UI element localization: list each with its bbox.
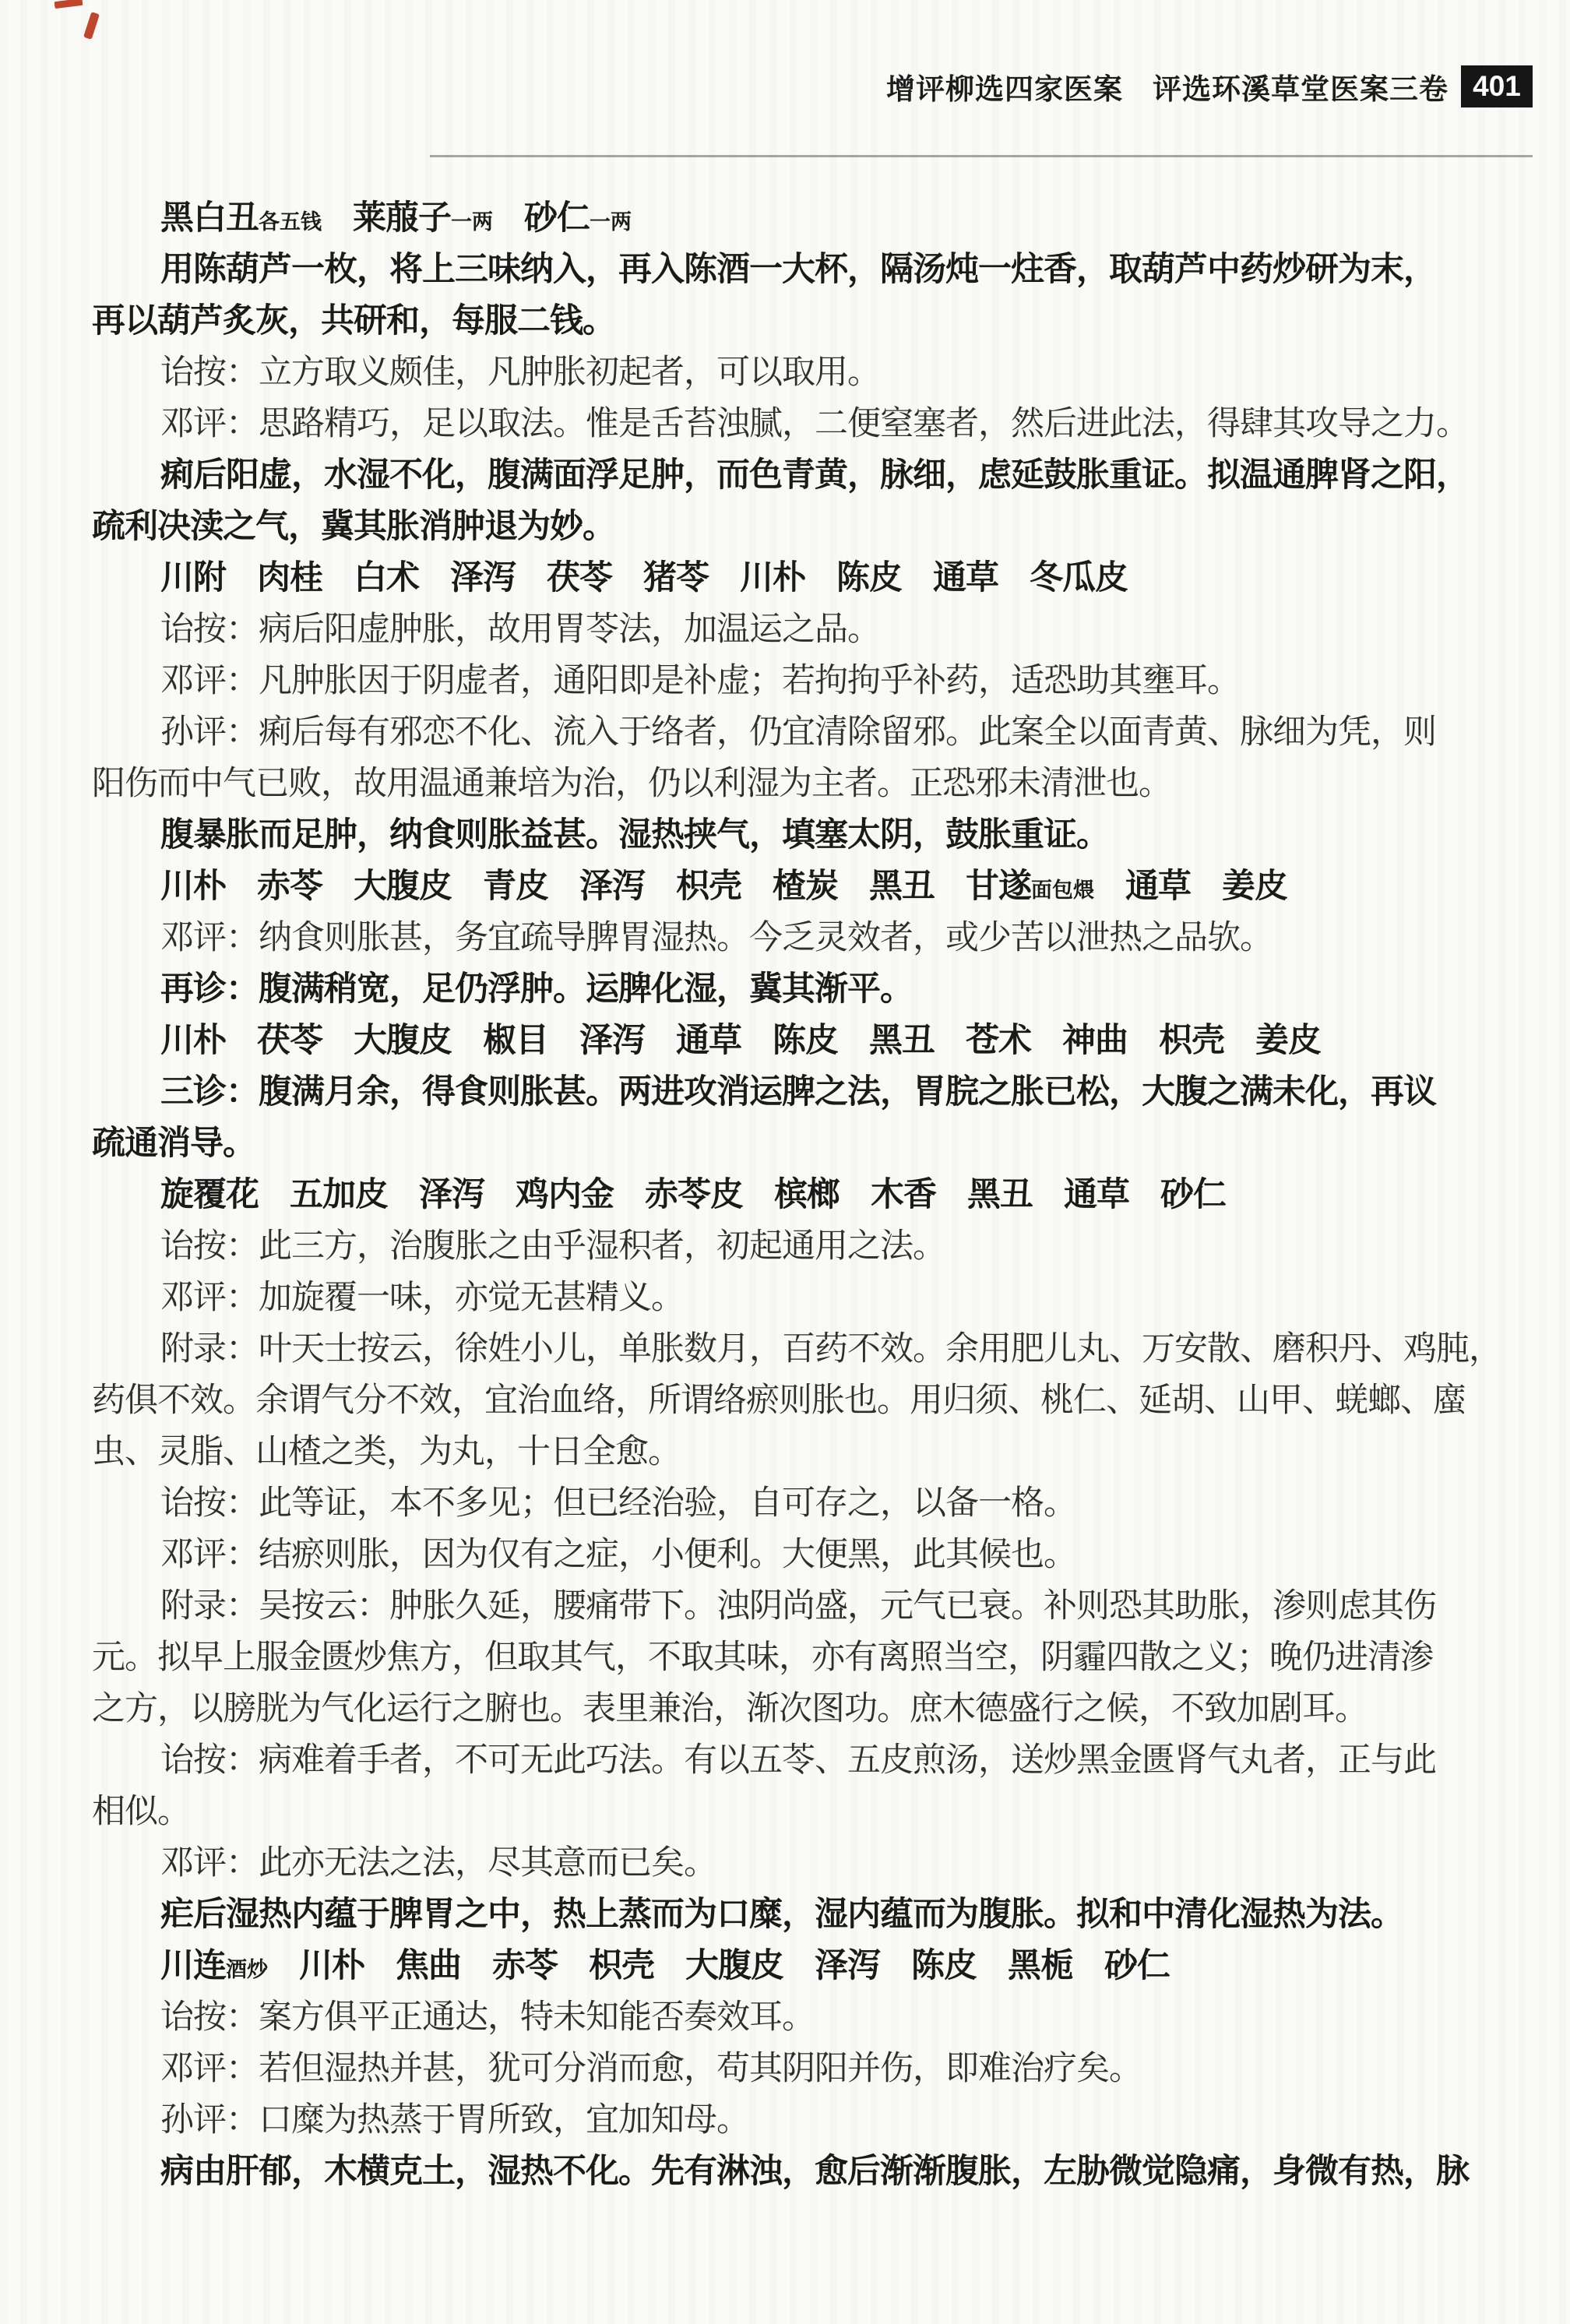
- text-segment: 砂仁: [1104, 1948, 1170, 1984]
- text-segment: 邓评：加旋覆一味，亦觉无甚精义。: [160, 1280, 684, 1316]
- book-page: 增评柳选四家医案 评选环溪草堂医案三卷 401 黑白丑各五钱莱菔子一两砂仁一两用…: [0, 0, 1570, 2324]
- text-segment: 川连: [160, 1948, 226, 1984]
- text-segment: 焦曲: [396, 1948, 461, 1984]
- text-segment: 椒目: [483, 1023, 548, 1059]
- text-segment: 用陈葫芦一枚，将上三味纳入，再入陈酒一大杯，隔汤炖一炷香，取葫芦中药炒研为末，: [160, 252, 1436, 288]
- text-segment: 鸡内金: [516, 1177, 614, 1213]
- text-segment: 川附: [160, 560, 226, 597]
- text-line: 再以葫芦炙灰，共研和，每服二钱。: [92, 296, 1533, 347]
- text-line: 邓评：此亦无法之法，尽其意而已矣。: [92, 1838, 1533, 1889]
- text-segment: 再诊：腹满稍宽，足仍浮肿。运脾化湿，冀其渐平。: [160, 971, 913, 1008]
- text-segment: 诒按：病难着手者，不可无此巧法。有以五苓、五皮煎汤，送炒黑金匮肾气丸者，正与此: [160, 1742, 1436, 1779]
- text-segment: 陈皮: [773, 1023, 838, 1059]
- text-segment: 枳壳: [1159, 1023, 1224, 1059]
- text-line: 诒按：此等证，本不多见；但已经治验，自可存之，以备一格。: [92, 1478, 1533, 1530]
- text-line: 诒按：病难着手者，不可无此巧法。有以五苓、五皮煎汤，送炒黑金匮肾气丸者，正与此: [92, 1735, 1533, 1787]
- text-line: 药俱不效。余谓气分不效，宜治血络，所谓络瘀则胀也。用归须、桃仁、延胡、山甲、蜣螂…: [92, 1375, 1533, 1427]
- text-line: 川朴茯苓大腹皮椒目泽泻通草陈皮黑丑苍术神曲枳壳姜皮: [92, 1016, 1533, 1067]
- text-segment: 黑丑: [869, 1023, 935, 1059]
- text-segment: 白术: [354, 560, 419, 597]
- text-segment: 孙评：口糜为热蒸于胃所致，宜加知母。: [160, 2102, 749, 2139]
- text-line: 虫、灵脂、山楂之类，为丸，十日全愈。: [92, 1427, 1533, 1478]
- text-line: 旋覆花五加皮泽泻鸡内金赤苓皮槟榔木香黑丑通草砂仁: [92, 1170, 1533, 1221]
- text-segment: 槟榔: [774, 1177, 840, 1213]
- text-segment: 诒按：立方取义颇佳，凡肿胀初起者，可以取用。: [160, 354, 880, 391]
- text-segment: 黑丑: [869, 868, 935, 905]
- text-line: 阳伤而中气已败，故用温通兼培为治，仍以利湿为主者。正恐邪未清泄也。: [92, 759, 1533, 810]
- text-segment: 疟后湿热内蕴于脾胃之中，热上蒸而为口糜，湿内蕴而为腹胀。拟和中清化湿热为法。: [160, 1896, 1403, 1933]
- text-segment: 枳壳: [589, 1948, 654, 1984]
- text-segment: 苍术: [966, 1023, 1031, 1059]
- text-segment: 赤苓: [492, 1948, 558, 1984]
- text-segment: 之方，以膀胱为气化运行之腑也。表里兼治，渐次图功。庶木德盛行之候，不致加剧耳。: [92, 1691, 1368, 1727]
- text-line: 川朴赤苓大腹皮青皮泽泻枳壳楂炭黑丑甘遂面包煨通草姜皮: [92, 861, 1533, 913]
- dosage-annotation: 面包煨: [1031, 879, 1094, 902]
- text-line: 疏利决渎之气，冀其胀消肿退为妙。: [92, 502, 1533, 553]
- text-line: 疏通消导。: [92, 1118, 1533, 1170]
- text-line: 邓评：思路精巧，足以取法。惟是舌苔浊腻，二便窒塞者，然后进此法，得肆其攻导之力。: [92, 399, 1533, 450]
- text-segment: 砂仁: [524, 200, 590, 237]
- dosage-annotation: 酒炒: [226, 1958, 268, 1981]
- dosage-annotation: 各五钱: [259, 210, 322, 234]
- text-line: 邓评：若但湿热并甚，犹可分消而愈，苟其阴阳并伤，即难治疗矣。: [92, 2044, 1533, 2095]
- red-scan-mark: [83, 12, 100, 40]
- text-segment: 陈皮: [911, 1948, 977, 1984]
- dosage-annotation: 一两: [451, 210, 493, 234]
- text-segment: 诒按：此三方，治腹胀之由乎湿积者，初起通用之法。: [160, 1228, 945, 1265]
- text-segment: 泽泻: [450, 560, 516, 597]
- text-segment: 姜皮: [1255, 1023, 1321, 1059]
- text-segment: 附录：吴按云：肿胀久延，腰痛带下。浊阴尚盛，元气已衰。补则恐其助胀，渗则虑其伤: [160, 1588, 1436, 1625]
- text-segment: 腹暴胀而足肿，纳食则胀益甚。湿热挟气，填塞太阴，鼓胀重证。: [160, 817, 1109, 854]
- text-segment: 川朴: [160, 868, 226, 905]
- text-segment: 痢后阳虚，水湿不化，腹满面浮足肿，而色青黄，脉细，虑延鼓胀重证。拟温通脾肾之阳，: [160, 457, 1469, 494]
- text-line: 诒按：案方俱平正通达，特未知能否奏效耳。: [92, 1992, 1533, 2044]
- page-header: 增评柳选四家医案 评选环溪草堂医案三卷 401: [886, 65, 1533, 107]
- text-segment: 疏利决渎之气，冀其胀消肿退为妙。: [92, 509, 615, 545]
- text-segment: 邓评：思路精巧，足以取法。惟是舌苔浊腻，二便窒塞者，然后进此法，得肆其攻导之力。: [160, 406, 1469, 442]
- text-segment: 大腹皮: [685, 1948, 783, 1984]
- text-line: 病由肝郁，木横克土，湿热不化。先有淋浊，愈后渐渐腹胀，左胁微觉隐痛，身微有热，脉: [92, 2146, 1533, 2198]
- text-segment: 三诊：腹满月余，得食则胀甚。两进攻消运脾之法，胃脘之胀已松，大腹之满未化，再议: [160, 1074, 1436, 1111]
- text-line: 用陈葫芦一枚，将上三味纳入，再入陈酒一大杯，隔汤炖一炷香，取葫芦中药炒研为末，: [92, 245, 1533, 296]
- text-segment: 旋覆花: [160, 1177, 259, 1213]
- text-segment: 邓评：凡肿胀因于阴虚者，通阳即是补虚；若拘拘乎补药，适恐助其壅耳。: [160, 663, 1240, 699]
- text-segment: 药俱不效。余谓气分不效，宜治血络，所谓络瘀则胀也。用归须、桃仁、延胡、山甲、蜣螂…: [92, 1382, 1466, 1419]
- text-line: 附录：叶天士按云，徐姓小儿，单胀数月，百药不效。余用肥儿丸、万安散、磨积丹、鸡肫…: [92, 1324, 1533, 1375]
- text-segment: 肉桂: [257, 560, 322, 597]
- text-segment: 通草: [1125, 868, 1191, 905]
- text-segment: 甘遂: [966, 868, 1031, 905]
- text-segment: 通草: [1064, 1177, 1129, 1213]
- text-segment: 木香: [871, 1177, 936, 1213]
- page-number-badge: 401: [1461, 65, 1533, 107]
- text-segment: 元。拟早上服金匮炒焦方，但取其气，不取其味，亦有离照当空，阴霾四散之义；晚仍进清…: [92, 1639, 1433, 1676]
- text-segment: 虫、灵脂、山楂之类，为丸，十日全愈。: [92, 1434, 681, 1470]
- text-segment: 疏通消导。: [92, 1125, 255, 1162]
- text-line: 川附肉桂白术泽泻茯苓猪苓川朴陈皮通草冬瓜皮: [92, 553, 1533, 604]
- text-segment: 枳壳: [676, 868, 741, 905]
- text-line: 邓评：结瘀则胀，因为仅有之症，小便利。大便黑，此其候也。: [92, 1530, 1533, 1581]
- text-line: 诒按：病后阳虚肿胀，故用胃苓法，加温运之品。: [92, 604, 1533, 656]
- text-segment: 泽泻: [579, 868, 645, 905]
- text-segment: 莱菔子: [353, 200, 451, 237]
- text-line: 诒按：此三方，治腹胀之由乎湿积者，初起通用之法。: [92, 1221, 1533, 1273]
- text-line: 诒按：立方取义颇佳，凡肿胀初起者，可以取用。: [92, 347, 1533, 399]
- text-segment: 猪苓: [643, 560, 709, 597]
- text-segment: 楂炭: [773, 868, 838, 905]
- header-divider-rule: [430, 155, 1533, 157]
- text-segment: 赤苓: [257, 868, 322, 905]
- text-segment: 邓评：结瘀则胀，因为仅有之症，小便利。大便黑，此其候也。: [160, 1537, 1076, 1573]
- text-line: 邓评：凡肿胀因于阴虚者，通阳即是补虚；若拘拘乎补药，适恐助其壅耳。: [92, 656, 1533, 707]
- text-segment: 附录：叶天士按云，徐姓小儿，单胀数月，百药不效。余用肥儿丸、万安散、磨积丹、鸡肫…: [160, 1331, 1501, 1368]
- text-segment: 赤苓皮: [645, 1177, 743, 1213]
- text-segment: 川朴: [160, 1023, 226, 1059]
- text-segment: 阳伤而中气已败，故用温通兼培为治，仍以利湿为主者。正恐邪未清泄也。: [92, 766, 1171, 802]
- text-line: 元。拟早上服金匮炒焦方，但取其气，不取其味，亦有离照当空，阴霾四散之义；晚仍进清…: [92, 1632, 1533, 1684]
- text-segment: 川朴: [740, 560, 805, 597]
- text-line: 相似。: [92, 1787, 1533, 1838]
- red-scan-mark: [55, 0, 83, 9]
- text-body: 黑白丑各五钱莱菔子一两砂仁一两用陈葫芦一枚，将上三味纳入，再入陈酒一大杯，隔汤炖…: [92, 193, 1533, 2198]
- text-segment: 姜皮: [1222, 868, 1287, 905]
- text-line: 黑白丑各五钱莱菔子一两砂仁一两: [92, 193, 1533, 245]
- text-segment: 相似。: [92, 1794, 190, 1830]
- text-segment: 茯苓: [257, 1023, 322, 1059]
- text-line: 邓评：纳食则胀甚，务宜疏导脾胃湿热。今乏灵效者，或少苦以泄热之品欤。: [92, 913, 1533, 964]
- text-line: 之方，以膀胱为气化运行之腑也。表里兼治，渐次图功。庶木德盛行之候，不致加剧耳。: [92, 1684, 1533, 1735]
- text-segment: 川朴: [299, 1948, 364, 1984]
- text-segment: 通草: [933, 560, 998, 597]
- text-segment: 黑白丑: [160, 200, 259, 237]
- text-line: 再诊：腹满稍宽，足仍浮肿。运脾化湿，冀其渐平。: [92, 964, 1533, 1016]
- text-segment: 砂仁: [1160, 1177, 1226, 1213]
- text-segment: 黑栀: [1008, 1948, 1073, 1984]
- text-segment: 邓评：此亦无法之法，尽其意而已矣。: [160, 1845, 716, 1882]
- text-line: 孙评：痢后每有邪恋不化、流入于络者，仍宜清除留邪。此案全以面青黄、脉细为凭，则: [92, 707, 1533, 759]
- text-line: 疟后湿热内蕴于脾胃之中，热上蒸而为口糜，湿内蕴而为腹胀。拟和中清化湿热为法。: [92, 1889, 1533, 1941]
- text-segment: 邓评：纳食则胀甚，务宜疏导脾胃湿热。今乏灵效者，或少苦以泄热之品欤。: [160, 920, 1273, 956]
- text-line: 附录：吴按云：肿胀久延，腰痛带下。浊阴尚盛，元气已衰。补则恐其助胀，渗则虑其伤: [92, 1581, 1533, 1632]
- running-title: 增评柳选四家医案 评选环溪草堂医案三卷: [886, 65, 1449, 107]
- text-segment: 孙评：痢后每有邪恋不化、流入于络者，仍宜清除留邪。此案全以面青黄、脉细为凭，则: [160, 714, 1436, 751]
- text-segment: 五加皮: [290, 1177, 388, 1213]
- text-segment: 邓评：若但湿热并甚，犹可分消而愈，苟其阴阳并伤，即难治疗矣。: [160, 2051, 1142, 2087]
- text-segment: 青皮: [483, 868, 548, 905]
- text-line: 三诊：腹满月余，得食则胀甚。两进攻消运脾之法，胃脘之胀已松，大腹之满未化，再议: [92, 1067, 1533, 1118]
- text-segment: 泽泻: [815, 1948, 880, 1984]
- text-line: 孙评：口糜为热蒸于胃所致，宜加知母。: [92, 2095, 1533, 2146]
- text-segment: 泽泻: [579, 1023, 645, 1059]
- text-line: 邓评：加旋覆一味，亦觉无甚精义。: [92, 1273, 1533, 1324]
- dosage-annotation: 一两: [590, 210, 632, 234]
- text-line: 腹暴胀而足肿，纳食则胀益甚。湿热挟气，填塞太阴，鼓胀重证。: [92, 810, 1533, 861]
- text-segment: 诒按：案方俱平正通达，特未知能否奏效耳。: [160, 1999, 815, 2036]
- text-segment: 再以葫芦炙灰，共研和，每服二钱。: [92, 303, 615, 340]
- text-segment: 大腹皮: [354, 868, 452, 905]
- text-segment: 通草: [676, 1023, 741, 1059]
- text-segment: 茯苓: [547, 560, 612, 597]
- text-segment: 病由肝郁，木横克土，湿热不化。先有淋浊，愈后渐渐腹胀，左胁微觉隐痛，身微有热，脉: [160, 2153, 1469, 2190]
- text-segment: 诒按：此等证，本不多见；但已经治验，自可存之，以备一格。: [160, 1485, 1076, 1522]
- text-line: 痢后阳虚，水湿不化，腹满面浮足肿，而色青黄，脉细，虑延鼓胀重证。拟温通脾肾之阳，: [92, 450, 1533, 502]
- text-segment: 黑丑: [967, 1177, 1033, 1213]
- text-line: 川连酒炒川朴焦曲赤苓枳壳大腹皮泽泻陈皮黑栀砂仁: [92, 1941, 1533, 1992]
- text-segment: 神曲: [1062, 1023, 1128, 1059]
- text-segment: 诒按：病后阳虚肿胀，故用胃苓法，加温运之品。: [160, 611, 880, 648]
- text-segment: 冬瓜皮: [1030, 560, 1128, 597]
- text-segment: 大腹皮: [354, 1023, 452, 1059]
- text-segment: 陈皮: [836, 560, 902, 597]
- text-segment: 泽泻: [419, 1177, 484, 1213]
